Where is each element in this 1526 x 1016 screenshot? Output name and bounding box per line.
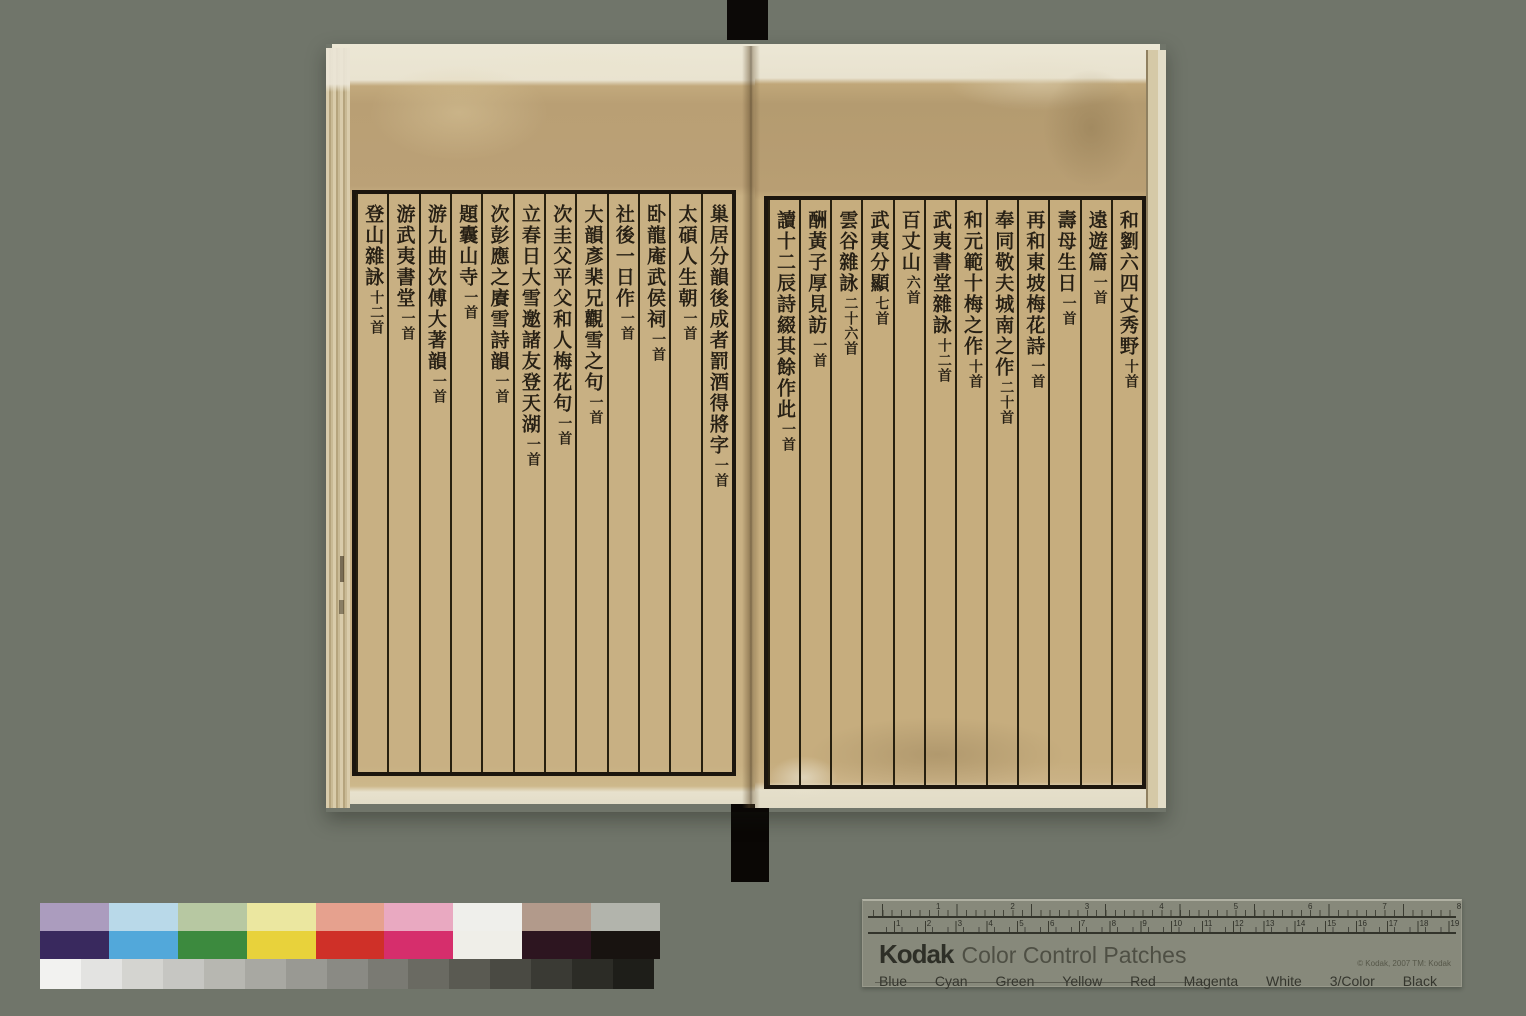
kodak-logo: Kodak	[879, 939, 953, 969]
toc-column: 登山雜詠十二首	[356, 194, 387, 772]
color-patch	[245, 959, 286, 989]
color-patch	[327, 959, 368, 989]
toc-entry-title: 太碩人生朝一首	[677, 204, 696, 772]
scanned-book-photograph: 和劉六四丈秀野十首遠遊篇一首壽母生日一首再和東坡梅花詩一首奉同敬夫城南之作二十首…	[0, 0, 1526, 1016]
toc-entry-title: 立春日大雪邀諸友登天湖一首	[520, 204, 539, 772]
toc-entry-count: 一首	[619, 311, 635, 341]
toc-entry-count: 六首	[905, 275, 921, 305]
color-patch	[531, 959, 572, 989]
color-patch	[81, 959, 122, 989]
toc-column: 巢居分韻後成者罰酒得將字一首	[701, 194, 732, 772]
kodak-label: Red	[1130, 973, 1156, 989]
toc-column: 游九曲次傅大著韻一首	[419, 194, 450, 772]
toc-entry-title: 百丈山六首	[900, 210, 919, 785]
color-patch	[247, 903, 316, 931]
toc-entry-title: 酬黃子厚見訪一首	[806, 210, 825, 785]
ruler-number: 18	[1420, 919, 1429, 928]
toc-entry-title: 讀十二辰詩綴其餘作此一首	[775, 210, 794, 785]
toc-entry-title: 社後一日作一首	[614, 204, 633, 772]
toc-column: 卧龍庵武侯祠一首	[638, 194, 669, 772]
color-patch	[178, 903, 247, 931]
color-patch	[453, 931, 522, 959]
color-patch	[591, 931, 660, 959]
book-gutter-shadow	[742, 46, 760, 808]
color-patch	[591, 903, 660, 931]
color-patch	[490, 959, 531, 989]
fore-edge-folio-mark	[340, 556, 344, 582]
color-patch	[449, 959, 490, 989]
toc-entry-count: 二十六首	[842, 296, 858, 356]
toc-entry-title: 游九曲次傅大著韻一首	[426, 204, 445, 772]
calibration-row-grayscale	[40, 959, 654, 989]
ruler-number: 7	[1081, 919, 1085, 928]
color-patch	[247, 931, 316, 959]
ruler-number: 4	[1159, 902, 1163, 911]
toc-entry-title: 武夷書堂雜詠十二首	[931, 210, 950, 785]
color-patch	[384, 903, 453, 931]
toc-entry-count: 七首	[874, 296, 890, 326]
ruler-number: 8	[1457, 902, 1461, 911]
toc-column: 百丈山六首	[893, 200, 924, 785]
color-patch	[408, 959, 449, 989]
stacked-leaf-edges	[326, 48, 350, 808]
ruler-inches: 12345678	[868, 901, 1456, 918]
ruler-number: 19	[1450, 919, 1459, 928]
color-patch	[109, 903, 178, 931]
ruler-number: 3	[958, 919, 962, 928]
toc-column: 再和東坡梅花詩一首	[1017, 200, 1048, 785]
color-patch	[204, 959, 245, 989]
toc-entry-title: 遠遊篇一首	[1087, 210, 1106, 785]
toc-entry-title: 登山雜詠十二首	[363, 204, 382, 772]
toc-entry-count: 十二首	[368, 290, 384, 335]
ruler-number: 3	[1085, 902, 1089, 911]
toc-column: 和劉六四丈秀野十首	[1111, 200, 1142, 785]
color-patch	[453, 903, 522, 931]
color-patch	[40, 931, 109, 959]
toc-entry-count: 一首	[1092, 275, 1108, 305]
toc-entry-title: 次彭應之賡雪詩韻一首	[489, 204, 508, 772]
color-patch	[122, 959, 163, 989]
ruler-number: 1	[896, 919, 900, 928]
toc-entry-title: 和元範十梅之作十首	[962, 210, 981, 785]
color-patch	[384, 931, 453, 959]
calibration-row-pastel	[40, 903, 660, 931]
kodak-label: Cyan	[935, 973, 968, 989]
ruler-number: 11	[1204, 919, 1212, 928]
kodak-label: Black	[1403, 973, 1437, 989]
toc-column: 立春日大雪邀諸友登天湖一首	[513, 194, 544, 772]
kodak-label: Yellow	[1062, 973, 1102, 989]
toc-entry-count: 十首	[1123, 359, 1139, 389]
color-patch	[163, 959, 204, 989]
ruler-number: 16	[1358, 919, 1367, 928]
toc-entry-title: 再和東坡梅花詩一首	[1024, 210, 1043, 785]
kodak-copyright: © Kodak, 2007 TM: Kodak	[1357, 959, 1451, 968]
toc-entry-count: 一首	[1061, 296, 1077, 326]
toc-entry-count: 一首	[400, 311, 416, 341]
toc-column: 武夷書堂雜詠十二首	[924, 200, 955, 785]
ruler-number: 6	[1050, 919, 1054, 928]
ruler-number: 5	[1019, 919, 1023, 928]
toc-column: 遠遊篇一首	[1080, 200, 1111, 785]
toc-entry-count: 一首	[556, 416, 572, 446]
kodak-label: 3/Color	[1330, 973, 1375, 989]
color-patch	[316, 931, 385, 959]
toc-frame-left-page: 巢居分韻後成者罰酒得將字一首太碩人生朝一首卧龍庵武侯祠一首社後一日作一首大韻彥棐…	[352, 190, 736, 776]
ruler-number: 4	[988, 919, 992, 928]
toc-entry-count: 一首	[780, 422, 796, 452]
ruler-number: 1	[936, 902, 940, 911]
toc-entry-title: 奉同敬夫城南之作二十首	[993, 210, 1012, 785]
toc-column: 大韻彥棐兄觀雪之句一首	[575, 194, 606, 772]
ruler-centimeters: 12345678910111213141516171819	[868, 918, 1456, 934]
toc-entry-count: 一首	[682, 311, 698, 341]
cradle-strip-top	[727, 0, 768, 40]
toc-entry-count: 一首	[462, 290, 478, 320]
color-patch	[40, 903, 109, 931]
toc-entry-count: 一首	[525, 437, 541, 467]
toc-column: 社後一日作一首	[607, 194, 638, 772]
color-patch	[613, 959, 654, 989]
toc-column: 讀十二辰詩綴其餘作此一首	[768, 200, 799, 785]
toc-entry-count: 一首	[588, 395, 604, 425]
toc-entry-title: 卧龍庵武侯祠一首	[645, 204, 664, 772]
toc-entry-title: 巢居分韻後成者罰酒得將字一首	[708, 204, 727, 772]
toc-entry-count: 一首	[713, 458, 729, 488]
ruler-number: 7	[1382, 902, 1386, 911]
toc-entry-title: 和劉六四丈秀野十首	[1118, 210, 1137, 785]
toc-entry-title: 雲谷雜詠二十六首	[837, 210, 856, 785]
toc-entry-title: 題囊山寺一首	[457, 204, 476, 772]
ruler-number: 9	[1142, 919, 1146, 928]
kodak-color-control-strip: 12345678 12345678910111213141516171819 K…	[862, 899, 1462, 987]
kodak-label: Green	[995, 973, 1034, 989]
open-book: 和劉六四丈秀野十首遠遊篇一首壽母生日一首再和東坡梅花詩一首奉同敬夫城南之作二十首…	[326, 44, 1166, 812]
ruler-number: 8	[1112, 919, 1116, 928]
toc-column: 次圭父平父和人梅花句一首	[544, 194, 575, 772]
toc-column: 雲谷雜詠二十六首	[830, 200, 861, 785]
toc-column: 游武夷書堂一首	[387, 194, 418, 772]
toc-column: 壽母生日一首	[1048, 200, 1079, 785]
color-patch	[316, 903, 385, 931]
ruler-number: 12	[1235, 919, 1244, 928]
color-calibration-bar	[40, 903, 660, 989]
toc-entry-count: 十二首	[936, 338, 952, 383]
toc-entry-count: 一首	[431, 374, 447, 404]
color-patch	[522, 903, 591, 931]
toc-entry-title: 壽母生日一首	[1056, 210, 1075, 785]
toc-column: 酬黃子厚見訪一首	[799, 200, 830, 785]
toc-entry-title: 武夷分顯七首	[869, 210, 888, 785]
ruler-number: 2	[1010, 902, 1014, 911]
ruler-number: 14	[1296, 919, 1305, 928]
kodak-patch-labels: BlueCyanGreenYellowRedMagentaWhite3/Colo…	[863, 970, 1461, 989]
toc-entry-title: 大韻彥棐兄觀雪之句一首	[583, 204, 602, 772]
cradle-strip-bottom	[731, 804, 769, 882]
toc-column: 題囊山寺一首	[450, 194, 481, 772]
toc-column: 和元範十梅之作十首	[955, 200, 986, 785]
ruler-number: 6	[1308, 902, 1312, 911]
ruler-number: 10	[1173, 919, 1182, 928]
color-patch	[522, 931, 591, 959]
right-page-fore-edge	[1146, 50, 1166, 808]
toc-entry-count: 一首	[494, 374, 510, 404]
kodak-label: White	[1266, 973, 1302, 989]
ruler-number: 17	[1389, 919, 1398, 928]
color-patch	[572, 959, 613, 989]
kodak-underline	[875, 982, 1205, 983]
toc-column: 太碩人生朝一首	[669, 194, 700, 772]
toc-entry-title: 次圭父平父和人梅花句一首	[551, 204, 570, 772]
ruler-number: 5	[1234, 902, 1238, 911]
toc-entry-count: 十首	[967, 359, 983, 389]
fore-edge-folio-mark	[339, 600, 344, 614]
toc-frame-right-page: 和劉六四丈秀野十首遠遊篇一首壽母生日一首再和東坡梅花詩一首奉同敬夫城南之作二十首…	[764, 196, 1146, 789]
toc-entry-count: 一首	[650, 332, 666, 362]
color-patch	[286, 959, 327, 989]
toc-entry-title: 游武夷書堂一首	[395, 204, 414, 772]
toc-entry-count: 二十首	[998, 380, 1014, 425]
color-patch	[368, 959, 409, 989]
kodak-strip-title: Color Control Patches	[961, 942, 1186, 968]
ruler-number: 2	[927, 919, 931, 928]
calibration-row-saturated	[40, 931, 660, 959]
color-patch	[40, 959, 81, 989]
toc-column: 次彭應之賡雪詩韻一首	[481, 194, 512, 772]
toc-column: 奉同敬夫城南之作二十首	[986, 200, 1017, 785]
toc-entry-count: 一首	[1029, 359, 1045, 389]
kodak-label: Blue	[879, 973, 907, 989]
kodak-label: Magenta	[1184, 973, 1238, 989]
color-patch	[109, 931, 178, 959]
ruler-number: 15	[1327, 919, 1336, 928]
toc-column: 武夷分顯七首	[861, 200, 892, 785]
color-patch	[178, 931, 247, 959]
ruler-number: 13	[1266, 919, 1275, 928]
toc-entry-count: 一首	[811, 338, 827, 368]
